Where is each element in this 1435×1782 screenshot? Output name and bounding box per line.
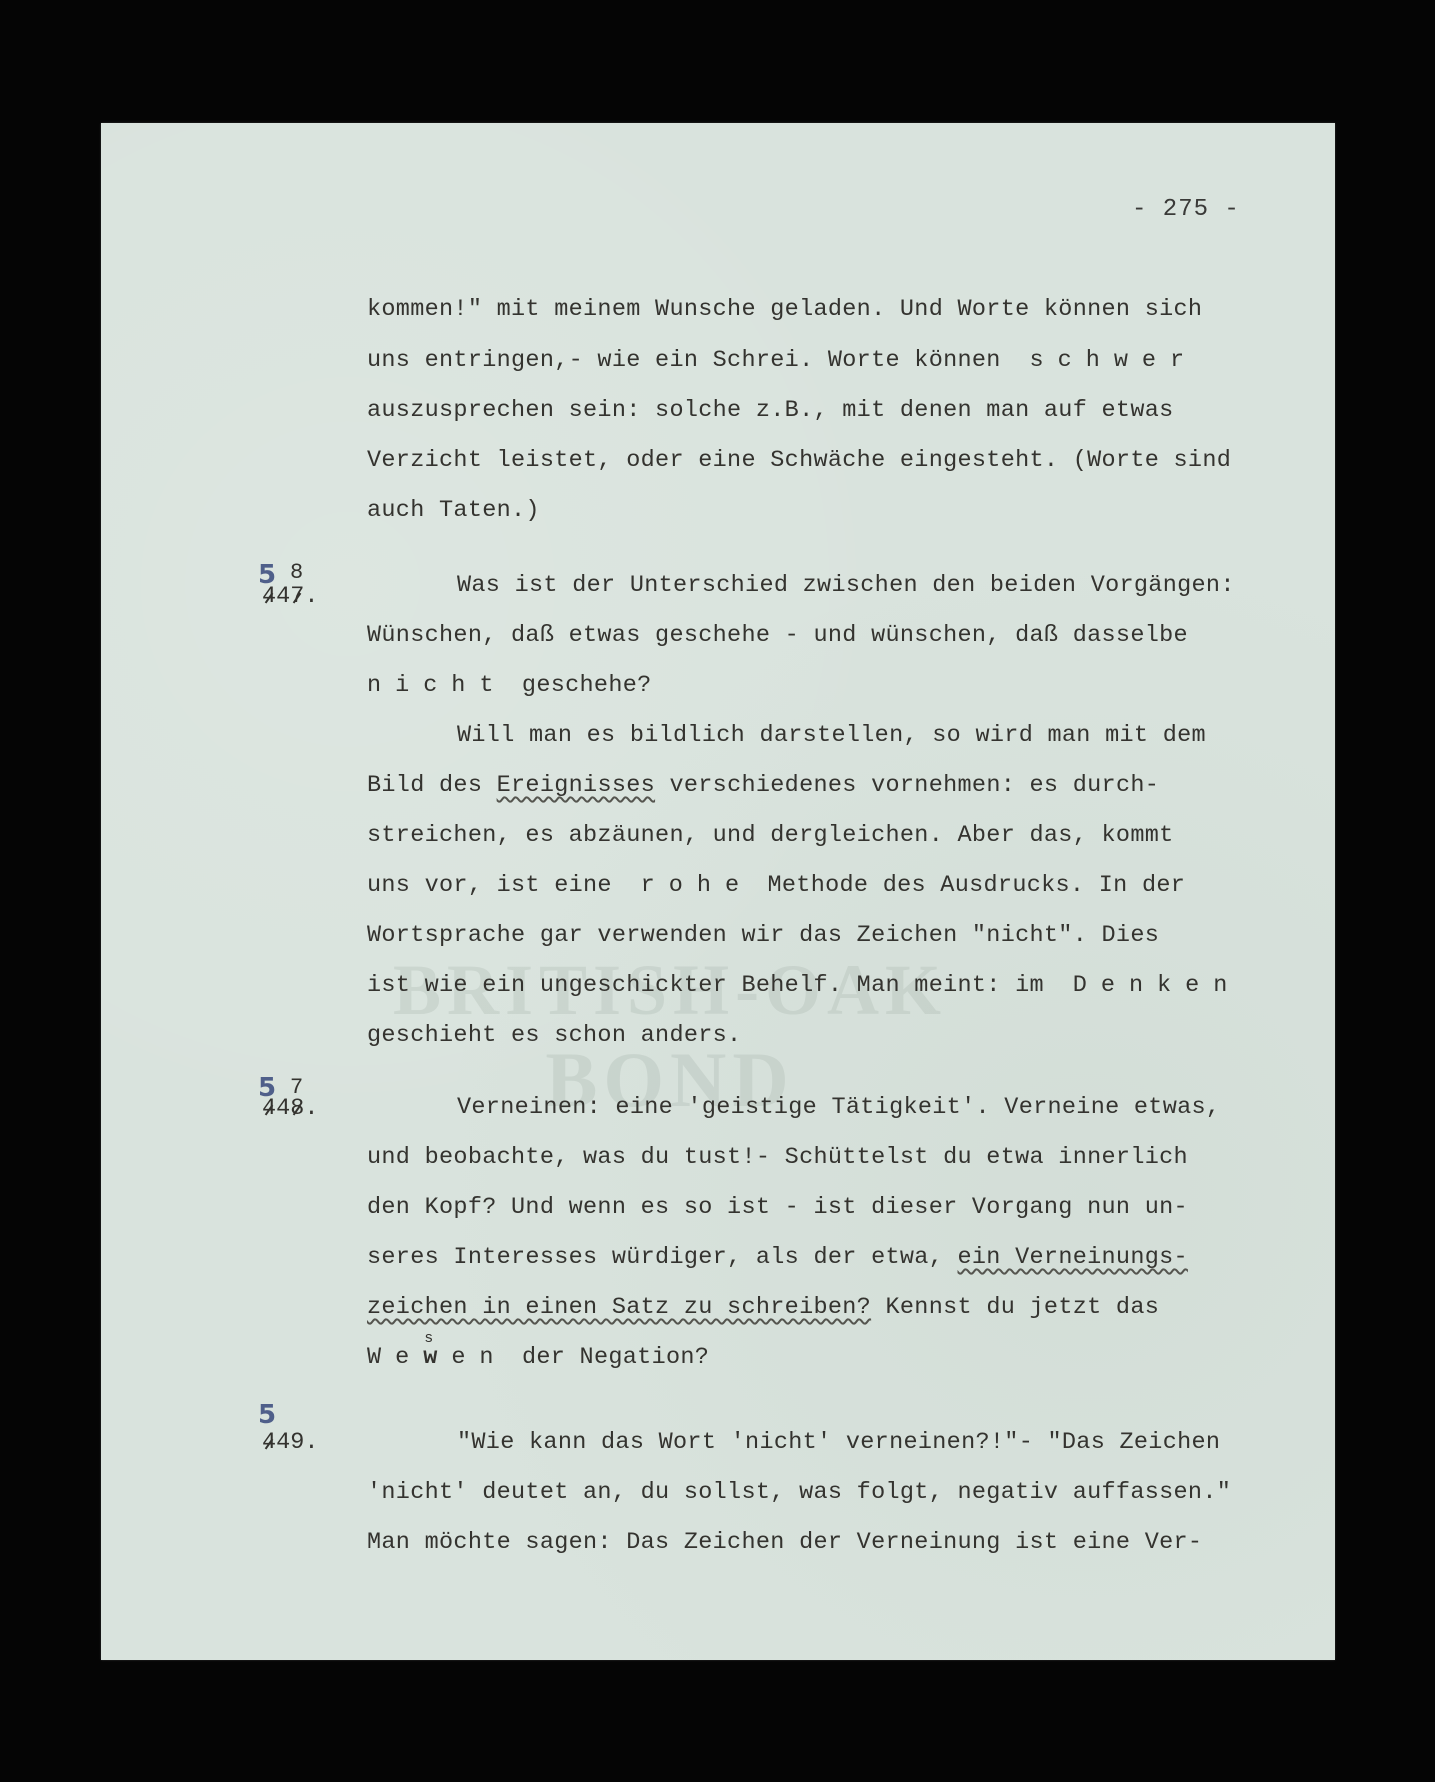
section-number-rest: 49. bbox=[276, 1429, 318, 1456]
text-line: uns entringen,- wie ein Schrei. Worte kö… bbox=[367, 346, 1198, 376]
emphasized-word-corrected-letter: sw bbox=[423, 1344, 451, 1371]
page-number: - 275 - bbox=[1132, 196, 1240, 223]
text-line: den Kopf? Und wenn es so ist - ist diese… bbox=[367, 1193, 1188, 1223]
text-line: Man möchte sagen: Das Zeichen der Vernei… bbox=[367, 1528, 1202, 1558]
text-line: Verneinen: eine 'geistige Tätigkeit'. Ve… bbox=[457, 1093, 1220, 1123]
text-line: Bild des Ereignisses verschiedenes vorne… bbox=[367, 771, 1159, 801]
emphasized-word-part: We bbox=[367, 1344, 423, 1371]
typed-correction-letter: s bbox=[424, 1324, 433, 1354]
section-number: 447. bbox=[262, 582, 318, 612]
section-number-digit: 4 bbox=[276, 583, 290, 610]
section-number: 448. bbox=[262, 1094, 318, 1124]
struck-digit: 4 bbox=[262, 582, 276, 612]
text-fragment: Kennst du jetzt das bbox=[886, 1294, 1160, 1321]
emphasized-word: Denken bbox=[1073, 972, 1242, 999]
text-line: kommen!" mit meinem Wunsche geladen. Und… bbox=[367, 295, 1202, 325]
text-fragment: ist wie ein ungeschickter Behelf. Man me… bbox=[367, 972, 1044, 999]
text-line: 'nicht' deutet an, du sollst, was folgt,… bbox=[367, 1478, 1231, 1508]
text-line: auch Taten.) bbox=[367, 496, 540, 526]
text-fragment: uns entringen,- wie ein Schrei. Worte kö… bbox=[367, 347, 1001, 374]
section-number-dot: . bbox=[304, 583, 318, 610]
text-line: "Wie kann das Wort 'nicht' verneinen?!"-… bbox=[457, 1428, 1220, 1458]
text-line: und beobachte, was du tust!- Schüttelst … bbox=[367, 1143, 1188, 1173]
text-line: auszusprechen sein: solche z.B., mit den… bbox=[367, 396, 1174, 426]
text-line: ist wie ein ungeschickter Behelf. Man me… bbox=[367, 971, 1241, 1001]
text-line: uns vor, ist eine rohe Methode des Ausdr… bbox=[367, 871, 1185, 901]
text-fragment: Methode des Ausdrucks. In der bbox=[767, 872, 1185, 899]
underlined-word: Ereignisses bbox=[497, 772, 655, 799]
text-line: Wünschen, daß etwas geschehe - und wünsc… bbox=[367, 621, 1188, 651]
emphasized-word: schwer bbox=[1030, 347, 1199, 374]
underlined-phrase: zeichen in einen Satz zu schreiben? bbox=[367, 1294, 871, 1321]
text-line: Verzicht leistet, oder eine Schwäche ein… bbox=[367, 446, 1231, 476]
text-line: zeichen in einen Satz zu schreiben? Kenn… bbox=[367, 1293, 1159, 1323]
struck-digit: 4 bbox=[262, 1094, 276, 1124]
text-line: geschieht es schon anders. bbox=[367, 1021, 741, 1051]
text-line: Weswen der Negation? bbox=[367, 1343, 709, 1373]
text-fragment: uns vor, ist eine bbox=[367, 872, 612, 899]
text-line: Was ist der Unterschied zwischen den bei… bbox=[457, 571, 1235, 601]
text-line: nicht geschehe? bbox=[367, 671, 652, 701]
handwritten-section-digit: 5 bbox=[258, 1402, 276, 1428]
text-line: streichen, es abzäunen, und dergleichen.… bbox=[367, 821, 1174, 851]
emphasized-word: nicht bbox=[367, 672, 508, 699]
section-number-dot: . bbox=[304, 1095, 318, 1122]
typed-correction-digit: 8 bbox=[290, 562, 303, 584]
text-fragment: seres Interesses würdiger, als der etwa, bbox=[367, 1244, 943, 1271]
underlined-phrase: ein Verneinungs- bbox=[958, 1244, 1188, 1271]
struck-digit: 7 bbox=[290, 582, 304, 612]
section-number: 449. bbox=[262, 1428, 318, 1458]
emphasized-word: rohe bbox=[641, 872, 753, 899]
text-fragment: der Negation? bbox=[522, 1344, 709, 1371]
text-fragment: Bild des bbox=[367, 772, 482, 799]
text-line: Wortsprache gar verwenden wir das Zeiche… bbox=[367, 921, 1159, 951]
struck-digit: 8 bbox=[290, 1094, 304, 1124]
emphasized-word-part: en bbox=[451, 1344, 507, 1371]
text-line: Will man es bildlich darstellen, so wird… bbox=[457, 721, 1206, 751]
section-number-digit: 4 bbox=[276, 1095, 290, 1122]
struck-digit: 4 bbox=[262, 1428, 276, 1458]
text-fragment: verschiedenes vornehmen: es durch- bbox=[669, 772, 1159, 799]
text-line: seres Interesses würdiger, als der etwa,… bbox=[367, 1243, 1188, 1273]
text-fragment: geschehe? bbox=[522, 672, 652, 699]
